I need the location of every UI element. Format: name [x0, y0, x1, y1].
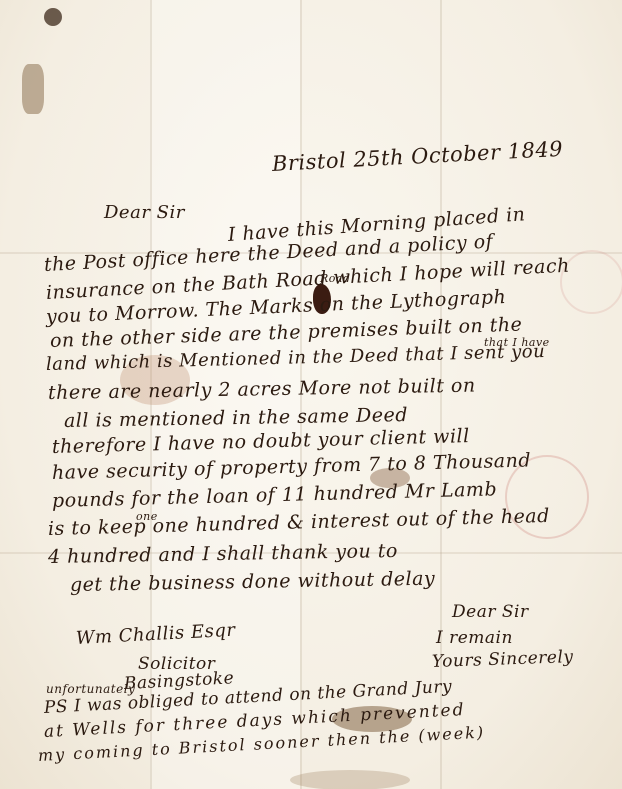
dateline-month: October: [411, 140, 502, 169]
closing-remain: I remain: [436, 628, 513, 648]
dateline-year: 1849: [507, 137, 564, 164]
dateline: Bristol 25th October 1849: [271, 137, 563, 176]
stain-bottom-edge: [290, 770, 410, 789]
closing-sincerely: Yours Sincerely: [432, 647, 574, 672]
dateline-place: Bristol: [271, 148, 346, 176]
stain-left-patch: [22, 64, 44, 114]
closing-dear-sir: Dear Sir: [452, 602, 529, 622]
stain-top-left: [44, 8, 62, 26]
letter-page: Bristol 25th October 1849 Dear Sir I hav…: [0, 0, 622, 789]
body-line: there are nearly 2 acres More not built …: [48, 375, 476, 404]
body-line: get the business done without delay: [70, 568, 436, 596]
salutation: Dear Sir: [104, 202, 185, 223]
dateline-day: 25th: [353, 145, 405, 172]
body-line: 4 hundred and I shall thank you to: [48, 540, 398, 568]
